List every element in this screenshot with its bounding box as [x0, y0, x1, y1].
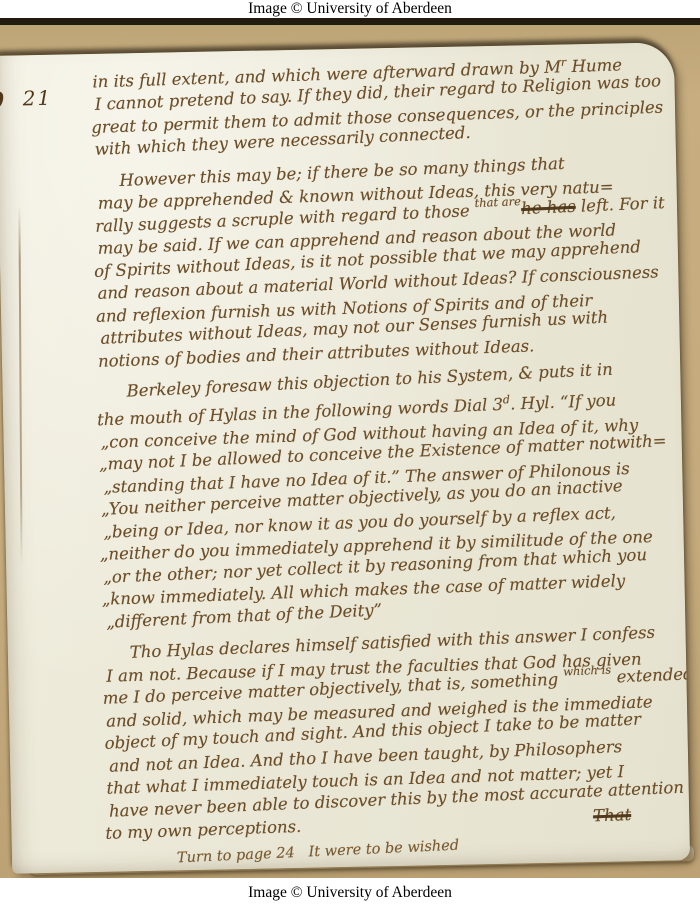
copyright-banner-top: Image © University of Aberdeen [0, 0, 700, 18]
deleted-text: he has [521, 196, 576, 217]
manuscript-scan: 0 21 in its full extent, and which were … [0, 18, 700, 882]
manuscript-text: in its full extent, and which were after… [0, 55, 690, 872]
interlinear-insertion: that are [474, 196, 521, 208]
copyright-banner-bottom: Image © University of Aberdeen [0, 878, 700, 910]
text-segment: . Hyl. “If you [510, 390, 617, 413]
copyright-text-top: Image © University of Aberdeen [248, 0, 452, 17]
manuscript-page: 0 21 in its full extent, and which were … [0, 42, 690, 873]
deleted-text: That [593, 804, 632, 828]
copyright-text-bottom: Image © University of Aberdeen [248, 884, 452, 901]
text-segment: extended [611, 664, 690, 686]
interlinear-insertion: which is [563, 665, 611, 677]
screenshot-root: Image © University of Aberdeen 0 21 in i… [0, 0, 700, 910]
text-segment: left. For it [575, 193, 665, 216]
text-segment: Turn to page 24 It were to be wished [177, 837, 460, 866]
